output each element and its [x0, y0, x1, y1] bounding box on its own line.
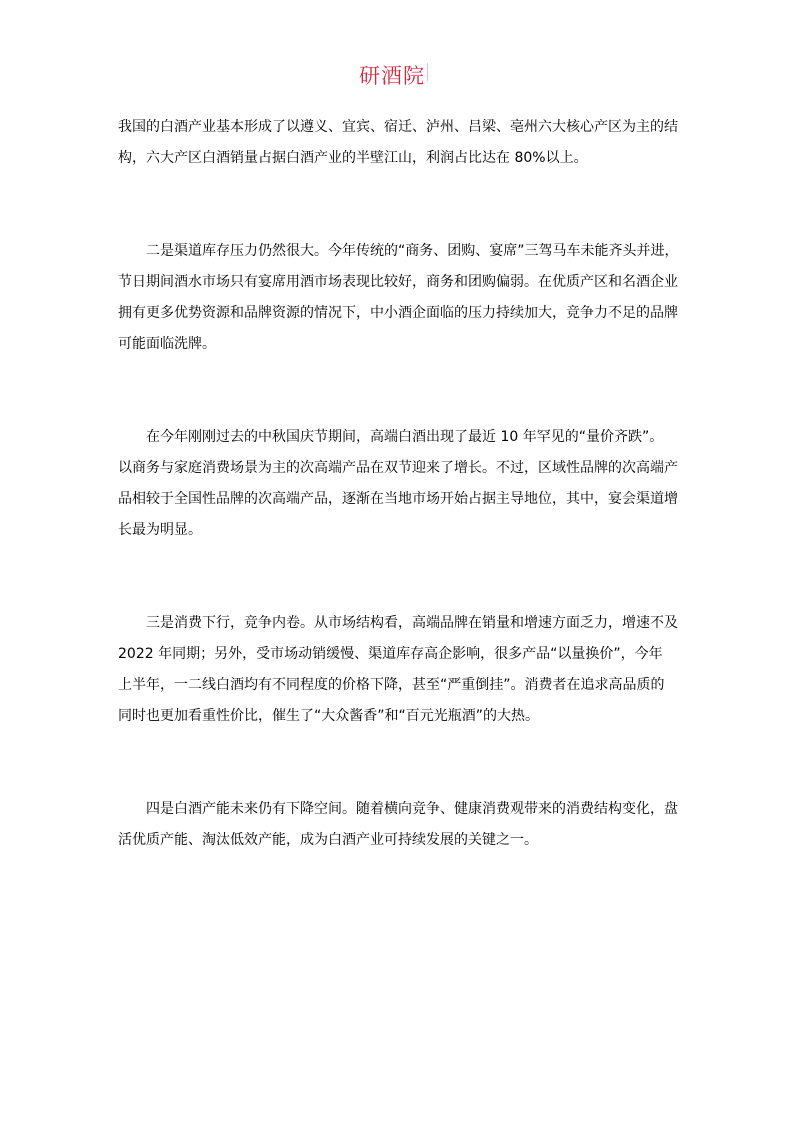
- logo-decoration: [427, 63, 434, 81]
- paragraph-consumption-decline: 三是消费下行，竞争内卷。从市场结构看，高端品牌在销量和增速方面乏力，增速不及 2…: [118, 608, 678, 732]
- paragraph-channel-inventory: 二是渠道库存压力仍然很大。今年传统的“商务、团购、宴席”三驾马车未能齐头并进， …: [118, 236, 678, 360]
- spacer: [118, 546, 678, 608]
- spacer: [118, 360, 678, 422]
- text-line: 同时也更加看重性价比，催生了“大众酱香”和“百元光瓶酒”的大热。: [118, 701, 678, 732]
- text-line: 在今年刚刚过去的中秋国庆节期间，高端白酒出现了最近 10 年罕见的“量价齐跌”。: [118, 422, 678, 453]
- text-line: 上半年，一二线白酒均有不同程度的价格下降，甚至“严重倒挂”。消费者在追求高品质的: [118, 670, 678, 701]
- text-line: 2022 年同期；另外，受市场动销缓慢、渠道库存高企影响，很多产品“以量换价”，…: [118, 639, 678, 670]
- page-header: 研酒院: [0, 60, 793, 90]
- text-line: 四是白酒产能未来仍有下降空间。随着横向竞争、健康消费观带来的消费结构变化，盘: [118, 794, 678, 825]
- text-line: 构，六大产区白酒销量占据白酒产业的半壁江山，利润占比达在 80%以上。: [118, 143, 678, 174]
- text-line: 长最为明显。: [118, 515, 678, 546]
- text-line: 我国的白酒产业基本形成了以遵义、宜宾、宿迁、泸州、吕梁、亳州六大核心产区为主的结: [118, 112, 678, 143]
- text-line: 活优质产能、淘汰低效产能，成为白酒产业可持续发展的关键之一。: [118, 825, 678, 856]
- brand-logo: 研酒院: [359, 64, 425, 88]
- text-line: 三是消费下行，竞争内卷。从市场结构看，高端品牌在销量和增速方面乏力，增速不及: [118, 608, 678, 639]
- spacer: [118, 174, 678, 236]
- text-line: 二是渠道库存压力仍然很大。今年传统的“商务、团购、宴席”三驾马车未能齐头并进，: [118, 236, 678, 267]
- text-line: 节日期间酒水市场只有宴席用酒市场表现比较好，商务和团购偏弱。在优质产区和名酒企业: [118, 267, 678, 298]
- spacer: [118, 732, 678, 794]
- text-line: 拥有更多优势资源和品牌资源的情况下，中小酒企面临的压力持续加大，竞争力不足的品牌: [118, 298, 678, 329]
- paragraph-industry-structure: 我国的白酒产业基本形成了以遵义、宜宾、宿迁、泸州、吕梁、亳州六大核心产区为主的结…: [118, 112, 678, 174]
- document-body: 我国的白酒产业基本形成了以遵义、宜宾、宿迁、泸州、吕梁、亳州六大核心产区为主的结…: [118, 112, 678, 856]
- text-line: 可能面临洗牌。: [118, 329, 678, 360]
- paragraph-capacity: 四是白酒产能未来仍有下降空间。随着横向竞争、健康消费观带来的消费结构变化，盘 活…: [118, 794, 678, 856]
- paragraph-holiday-sales: 在今年刚刚过去的中秋国庆节期间，高端白酒出现了最近 10 年罕见的“量价齐跌”。…: [118, 422, 678, 546]
- text-line: 品相较于全国性品牌的次高端产品，逐渐在当地市场开始占据主导地位，其中，宴会渠道增: [118, 484, 678, 515]
- text-line: 以商务与家庭消费场景为主的次高端产品在双节迎来了增长。不过，区域性品牌的次高端产: [118, 453, 678, 484]
